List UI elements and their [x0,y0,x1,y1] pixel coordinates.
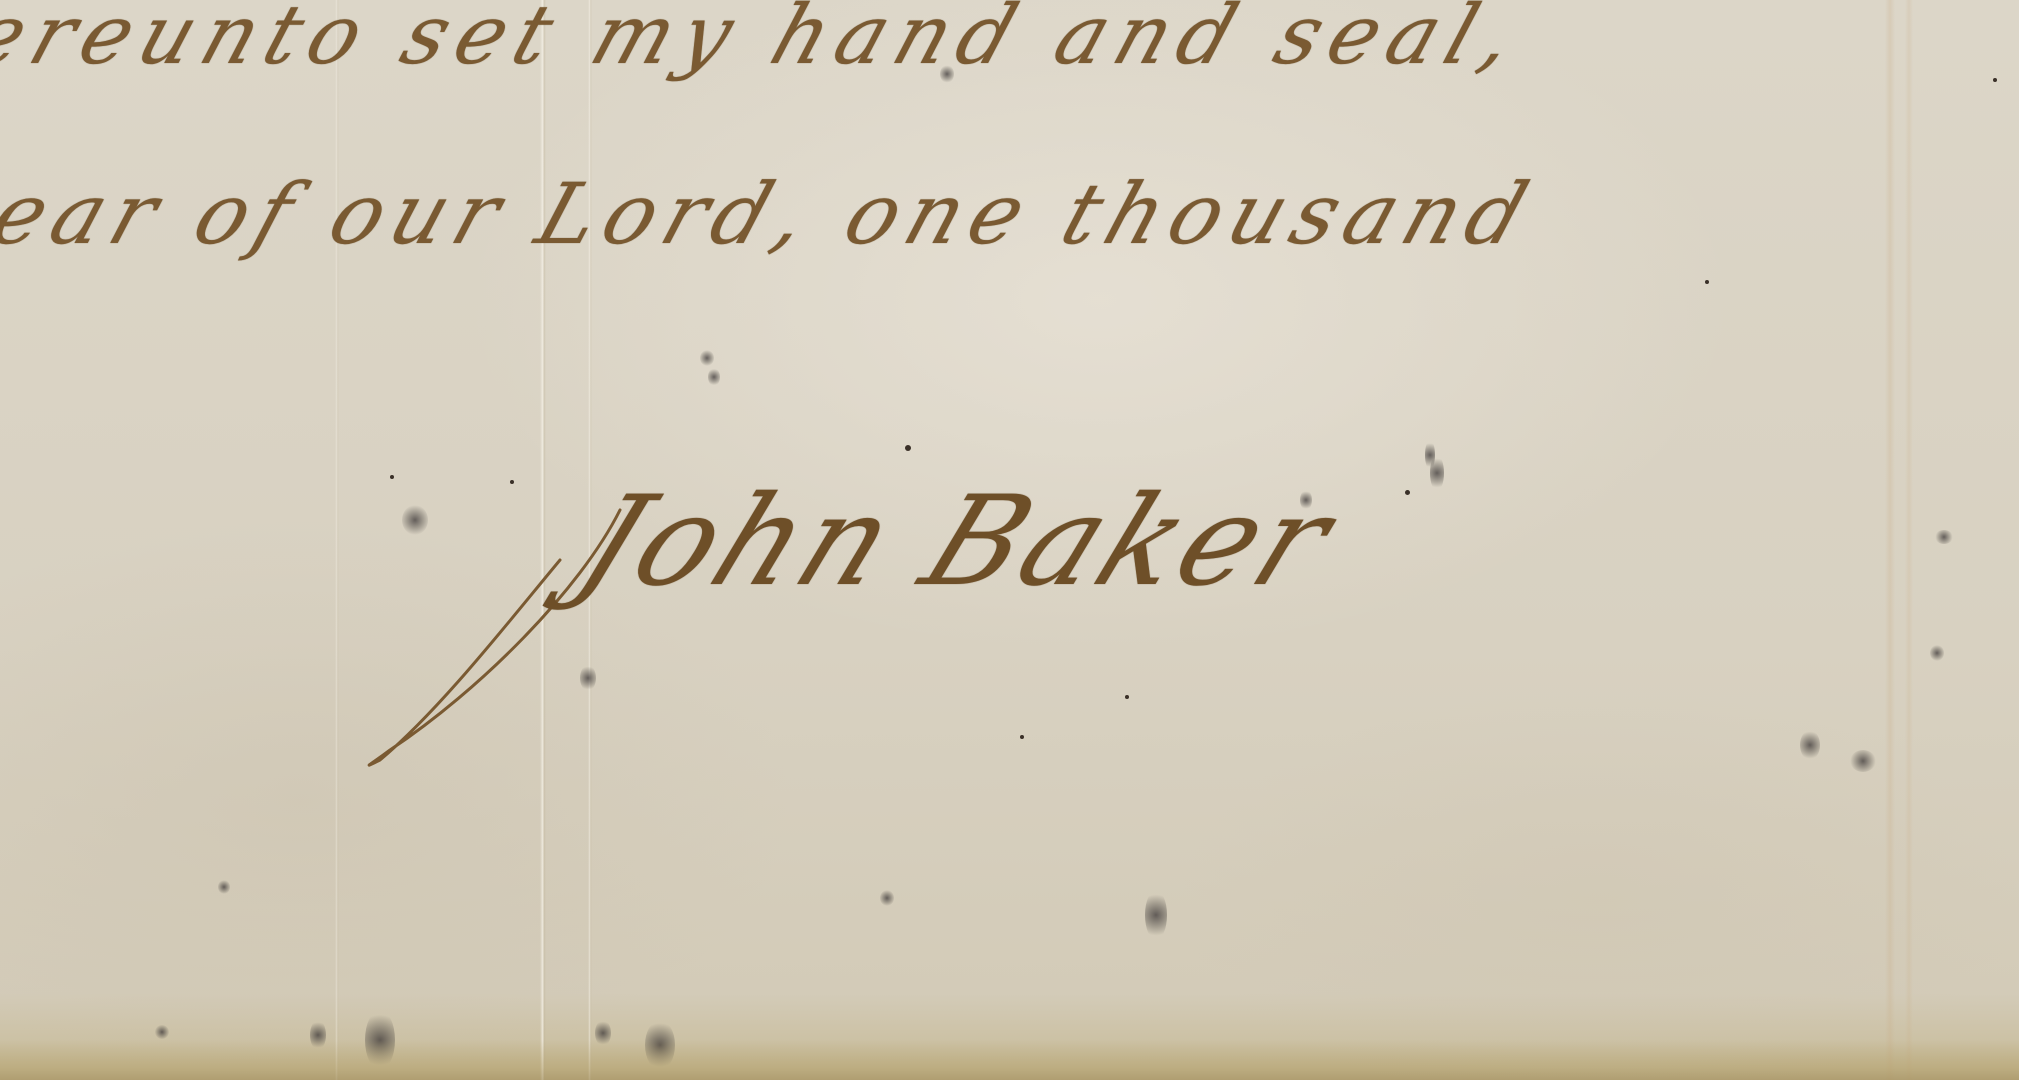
foxing-spot [1850,750,1876,772]
foxing-spot [155,1025,169,1039]
foxing-spot [880,890,894,906]
ink-speck [1020,735,1024,739]
foxing-spot [1425,440,1435,470]
document-page: ereunto set my hand and seal, ear of our… [0,0,2019,1080]
ink-speck [1405,490,1410,495]
ink-speck [1705,280,1709,284]
manuscript-line-1: ereunto set my hand and seal, [0,0,1536,83]
water-stain [0,1040,2019,1080]
ink-speck [1993,78,1997,82]
foxing-spot [708,368,720,386]
manuscript-line-2: ear of our Lord, one thousand [0,165,1548,263]
foxing-spot [1935,530,1953,544]
paper-fold-crease [1885,0,1895,1080]
foxing-spot [1930,645,1944,661]
foxing-spot [218,880,230,894]
ink-speck [905,445,911,451]
foxing-spot [1800,730,1820,760]
foxing-spot [1145,890,1167,940]
paper-fold-crease [1905,0,1913,1080]
foxing-spot [700,350,714,366]
paper-fold-crease [335,0,339,1080]
ink-speck [1125,695,1129,699]
signature: John Baker [560,470,1355,614]
